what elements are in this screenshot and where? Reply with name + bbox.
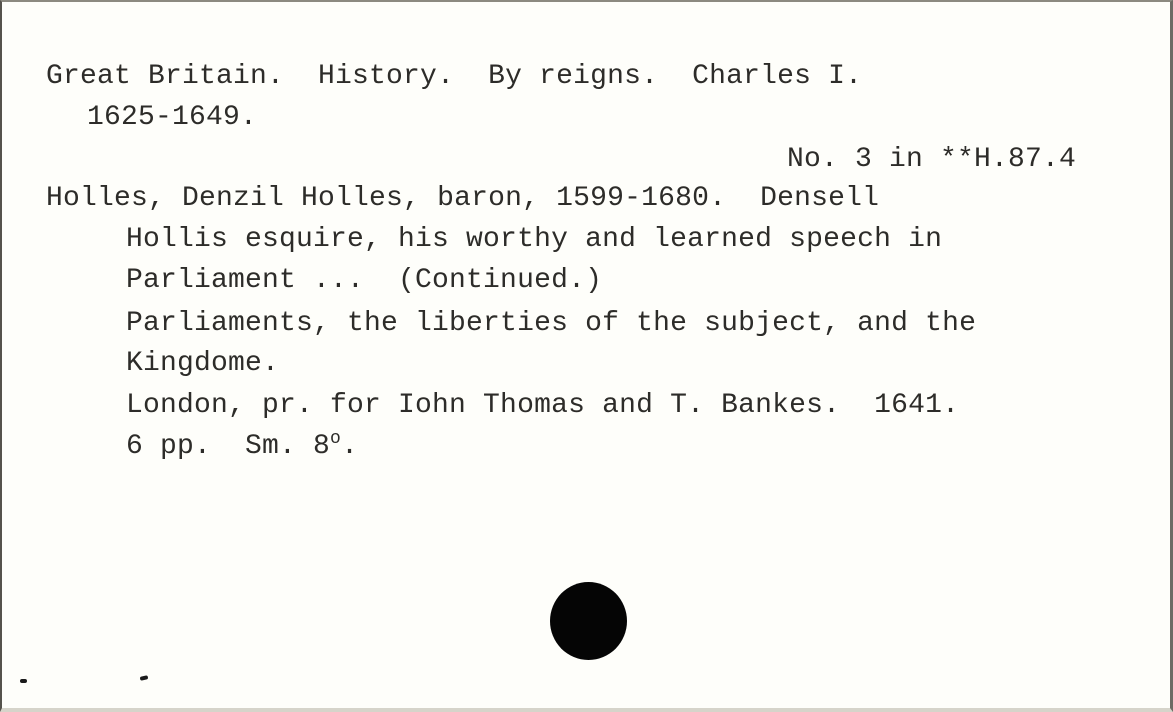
catalog-card: Great Britain. History. By reigns. Charl… <box>0 0 1173 712</box>
ink-speck <box>140 675 149 681</box>
punch-hole <box>550 582 627 660</box>
subject-heading-dates: 1625-1649. <box>87 97 257 138</box>
title-line: Kingdome. <box>126 343 279 384</box>
main-entry: Holles, Denzil Holles, baron, 1599-1680.… <box>46 178 879 219</box>
collation-text: 6 pp. Sm. 8 <box>126 431 330 462</box>
collation-period: . <box>341 431 358 462</box>
format-superscript: o <box>330 429 341 449</box>
subject-heading: Great Britain. History. By reigns. Charl… <box>46 56 862 97</box>
imprint-line: London, pr. for Iohn Thomas and T. Banke… <box>126 385 959 426</box>
title-line: Parliament ... (Continued.) <box>126 260 602 301</box>
collation-line: 6 pp. Sm. 8o. <box>126 426 358 467</box>
call-number: No. 3 in **H.87.4 <box>787 139 1076 180</box>
title-line: Hollis esquire, his worthy and learned s… <box>126 219 942 260</box>
ink-speck <box>20 679 27 683</box>
title-line: Parliaments, the liberties of the subjec… <box>126 303 976 344</box>
